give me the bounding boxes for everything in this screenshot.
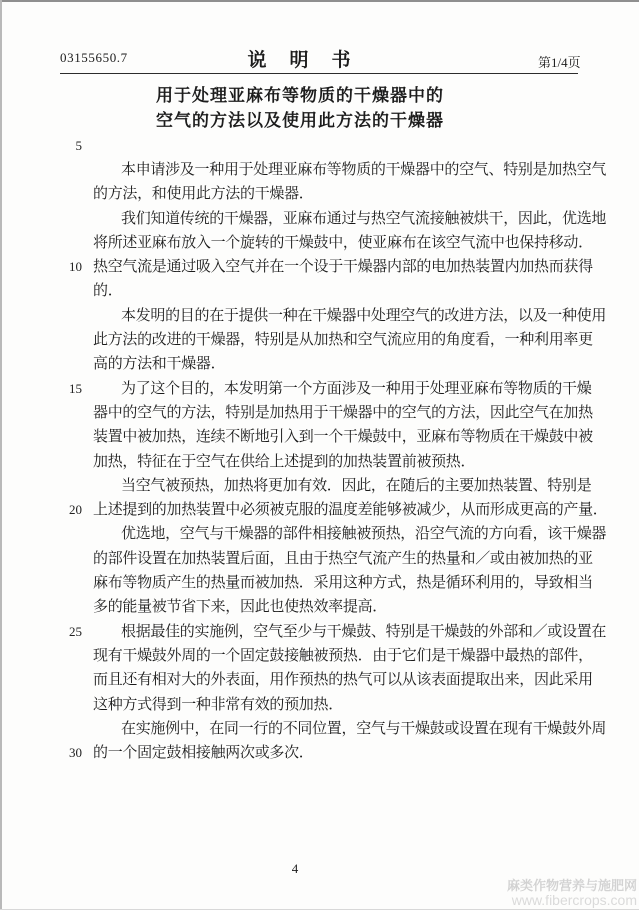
body-line: 多的能量被节省下来，因此也使热效率提高． — [93, 595, 585, 619]
body-line: 而且还有相对大的外表面，用作预热的热气可以从该表面提取出来，因此采用 — [93, 668, 585, 692]
body-line: 根据最佳的实施例，空气至少与干燥鼓、特别是干燥鼓的外部和／或设置在 — [93, 620, 585, 644]
body-line: 当空气被预热，加热将更加有效．因此，在随后的主要加热装置、特别是 — [93, 474, 585, 498]
patent-description-page: 03155650.7 说 明 书 第1/4页 用于处理亚麻布等物质的干燥器中的 … — [0, 0, 639, 910]
margin-line-number: 25 — [50, 620, 82, 644]
header-title-wrap: 说 明 书 — [0, 45, 600, 72]
body-line: 装置中被加热，连续不断地引入到一个干燥鼓中，亚麻布等物质在干燥鼓中被 — [93, 425, 585, 449]
margin-line-number: 10 — [50, 255, 82, 279]
body-line: 麻布等物质产生的热量而被加热．采用这种方式，热是循环利用的，导致相当 — [93, 571, 585, 595]
page-number: 4 — [278, 861, 312, 877]
body-line: 的． — [93, 279, 585, 303]
invention-title-line-1: 用于处理亚麻布等物质的干燥器中的 — [60, 84, 540, 109]
body-line: 优选地，空气与干燥器的部件相接触被预热，沿空气流的方向看，该干燥器 — [93, 522, 585, 546]
margin-line-number: 30 — [50, 741, 82, 765]
body-line: 本发明的目的在于提供一种在干燥器中处理空气的改进方法，以及一种使用 — [93, 304, 585, 328]
invention-title: 用于处理亚麻布等物质的干燥器中的 空气的方法以及使用此方法的干燥器 — [60, 84, 540, 133]
watermark-site-name: 麻类作物营养与施肥网 — [507, 879, 637, 893]
body-line: 现有干燥鼓外周的一个固定鼓接触被预热．由于它们是干燥器中最热的部件， — [93, 644, 585, 668]
body-line: 本申请涉及一种用于处理亚麻布等物质的干燥器中的空气、特别是加热空气 — [93, 158, 585, 182]
body-line: 这种方式得到一种非常有效的预加热． — [93, 693, 585, 717]
margin-line-number: 5 — [50, 134, 82, 158]
body-line: 此方法的改进的干燥器，特别是从加热和空气流应用的角度看，一种利用率更 — [93, 328, 585, 352]
body-lines: 本申请涉及一种用于处理亚麻布等物质的干燥器中的空气、特别是加热空气的方法，和使用… — [93, 158, 585, 765]
margin-line-number: 20 — [50, 498, 82, 522]
header-divider — [60, 73, 578, 74]
document-type-title: 说 明 书 — [247, 50, 352, 71]
scan-edge-top — [0, 0, 639, 2]
invention-title-line-2: 空气的方法以及使用此方法的干燥器 — [60, 109, 540, 134]
page-indicator: 第1/4页 — [538, 52, 581, 71]
body-line: 的方法，和使用此方法的干燥器． — [93, 182, 585, 206]
watermark: 麻类作物营养与施肥网 www.fibercrops.com — [507, 879, 637, 907]
body-line: 将所述亚麻布放入一个旋转的干燥鼓中，使亚麻布在该空气流中也保持移动． — [93, 231, 585, 255]
body-line: 的一个固定鼓相接触两次或多次． — [93, 741, 585, 765]
body-line: 我们知道传统的干燥器，亚麻布通过与热空气流接触被烘干，因此，优选地 — [93, 207, 585, 231]
body-line: 器中的空气的方法，特别是加热用于干燥器中的空气的方法，因此空气在加热 — [93, 401, 585, 425]
body-line: 高的方法和干燥器． — [93, 352, 585, 376]
margin-line-number: 15 — [50, 377, 82, 401]
body-line: 加热，特征在于空气在供给上述提到的加热装置前被预热． — [93, 450, 585, 474]
body-line: 为了这个目的，本发明第一个方面涉及一种用于处理亚麻布等物质的干燥 — [93, 377, 585, 401]
scan-edge-left — [0, 0, 2, 910]
body-line: 上述提到的加热装置中必须被克服的温度差能够被减少，从而形成更高的产量． — [93, 498, 585, 522]
body-line: 在实施例中，在同一行的不同位置，空气与干燥鼓或设置在现有干燥鼓外周 — [93, 717, 585, 741]
watermark-site-url: www.fibercrops.com — [507, 893, 637, 907]
body-line: 的部件设置在加热装置后面，且由于热空气流产生的热量和／或由被加热的亚 — [93, 547, 585, 571]
body-line: 热空气流是通过吸入空气并在一个设于干燥器内部的电加热装置内加热而获得 — [93, 255, 585, 279]
